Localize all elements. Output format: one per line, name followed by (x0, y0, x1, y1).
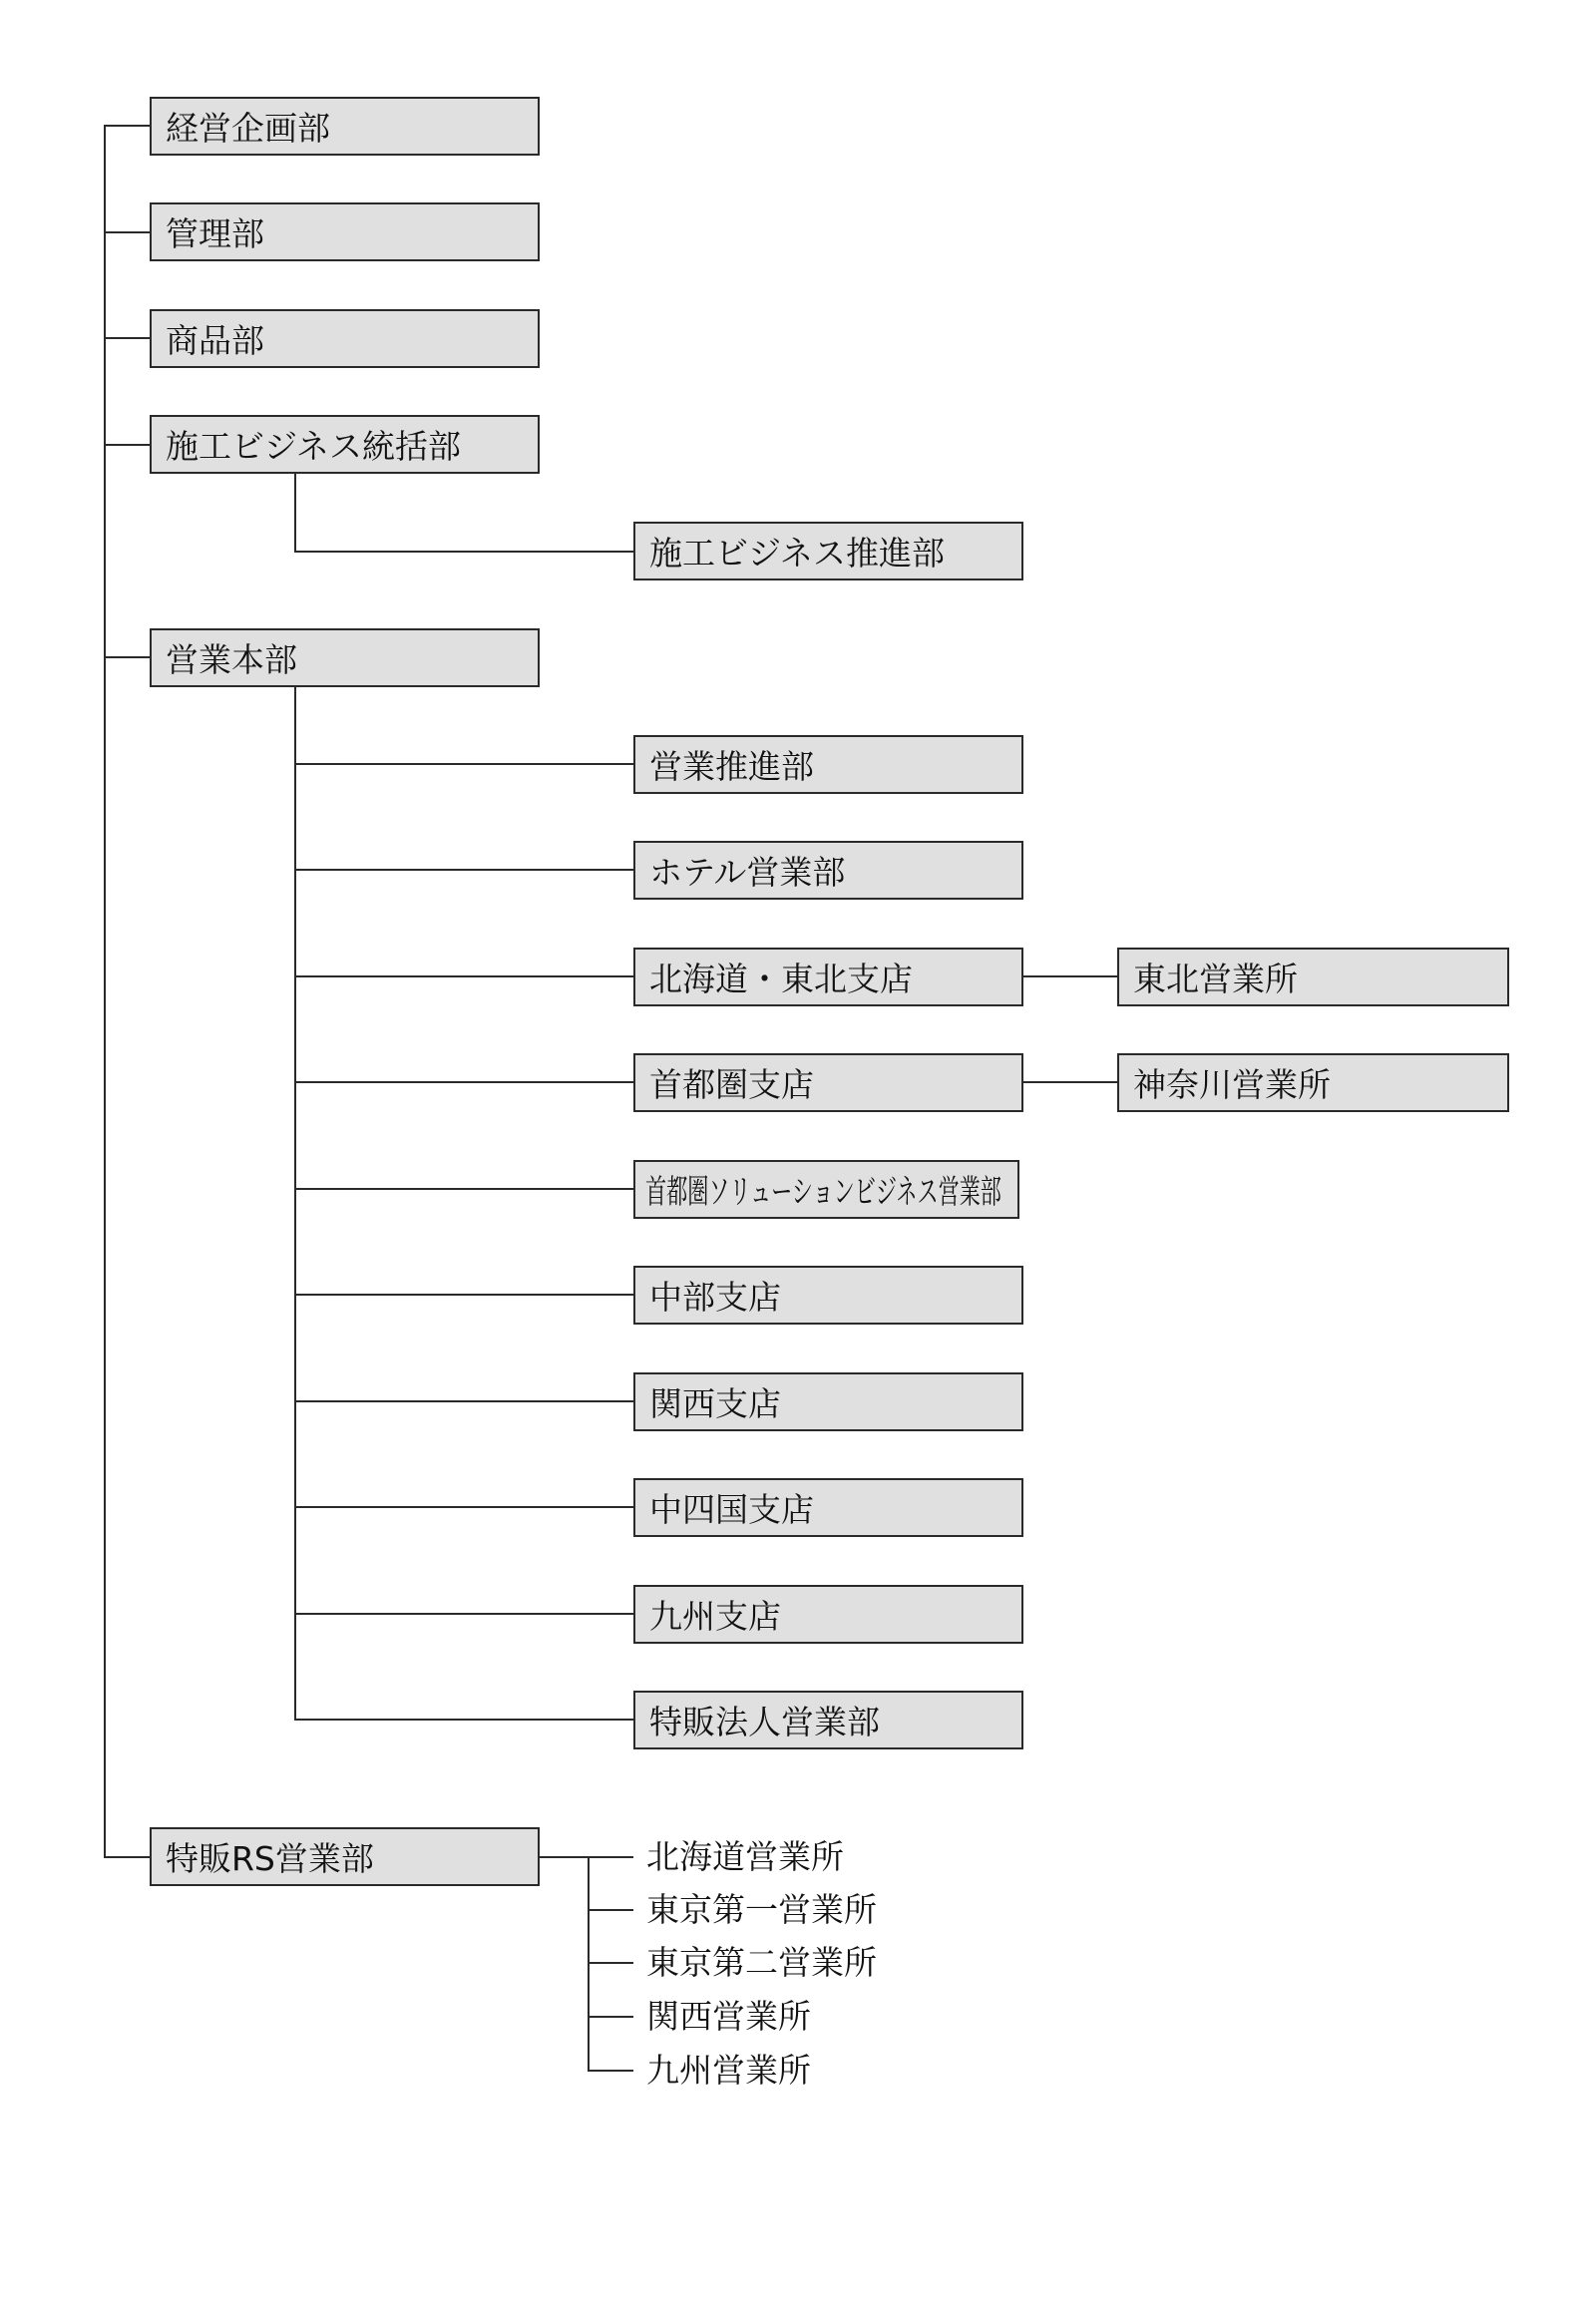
branch-chushikoku: 中四国支店 (633, 1478, 1023, 1537)
office-tokyo-second: 東京第二営業所 (646, 1946, 877, 1979)
office-kanagawa: 神奈川営業所 (1117, 1053, 1509, 1112)
dept-label: 経営企画部 (166, 103, 330, 150)
dept-label: 特販RS営業部 (166, 1833, 374, 1880)
connector (294, 1613, 633, 1615)
connector (294, 474, 296, 553)
dept-label: 首都圏支店 (649, 1059, 814, 1106)
office-kansai: 関西営業所 (646, 2000, 811, 2033)
connector (294, 763, 633, 765)
dept-corporate-planning: 経営企画部 (150, 97, 540, 156)
dept-label: 営業推進部 (649, 741, 814, 788)
dept-label: 施工ビジネス推進部 (649, 528, 945, 575)
dept-products: 商品部 (150, 309, 540, 368)
dept-label: 関西支店 (649, 1378, 781, 1425)
dept-construction-business-promotion: 施工ビジネス推進部 (633, 522, 1023, 580)
branch-chubu: 中部支店 (633, 1266, 1023, 1325)
dept-label: 特販法人営業部 (649, 1697, 880, 1743)
office-kyushu: 九州営業所 (646, 2054, 811, 2087)
dept-label: 東北営業所 (1133, 954, 1298, 1000)
dept-metropolitan-solution-business-sales: 首都圏ソリューションビジネス営業部 (633, 1160, 1019, 1219)
connector (1021, 1081, 1117, 1083)
dept-sales-hq: 営業本部 (150, 628, 540, 687)
dept-label: 管理部 (166, 208, 264, 255)
connector (588, 1856, 590, 2072)
connector (104, 656, 150, 658)
branch-kansai: 関西支店 (633, 1372, 1023, 1431)
connector (294, 687, 296, 1721)
connector (588, 2070, 633, 2072)
branch-hokkaido-tohoku: 北海道・東北支店 (633, 948, 1023, 1006)
dept-label: ホテル営業部 (649, 847, 845, 894)
connector (104, 125, 150, 127)
trunk-line (104, 125, 106, 1857)
connector (588, 1962, 633, 1964)
connector (294, 1294, 633, 1296)
connector (294, 869, 633, 871)
connector (294, 1188, 633, 1190)
dept-label: 北海道・東北支店 (649, 954, 913, 1000)
office-tokyo-first: 東京第一営業所 (646, 1893, 877, 1926)
connector (588, 1909, 633, 1911)
office-tohoku: 東北営業所 (1117, 948, 1509, 1006)
dept-construction-business-hq: 施工ビジネス統括部 (150, 415, 540, 474)
branch-metropolitan: 首都圏支店 (633, 1053, 1023, 1112)
connector (294, 975, 633, 977)
connector (294, 1400, 633, 1402)
connector (104, 444, 150, 446)
connector (538, 1856, 633, 1858)
office-hokkaido: 北海道営業所 (646, 1840, 844, 1873)
dept-special-corporate-sales: 特販法人営業部 (633, 1691, 1023, 1749)
dept-label: 首都圏ソリューションビジネス営業部 (645, 1166, 1001, 1213)
dept-label: 九州支店 (649, 1591, 781, 1638)
dept-label: 神奈川営業所 (1133, 1059, 1331, 1106)
connector (588, 2016, 633, 2018)
dept-label: 商品部 (166, 315, 264, 362)
connector (1021, 975, 1117, 977)
connector (294, 1719, 633, 1721)
dept-hotel-sales: ホテル営業部 (633, 841, 1023, 900)
dept-label: 中四国支店 (649, 1484, 814, 1531)
dept-label: 施工ビジネス統括部 (166, 421, 461, 468)
connector (104, 337, 150, 339)
dept-administration: 管理部 (150, 202, 540, 261)
dept-label: 中部支店 (649, 1272, 781, 1319)
connector (104, 231, 150, 233)
connector (294, 551, 633, 553)
dept-label: 営業本部 (166, 634, 297, 681)
connector (104, 1856, 150, 1858)
connector (294, 1081, 633, 1083)
connector (294, 1506, 633, 1508)
dept-sales-promotion: 営業推進部 (633, 735, 1023, 794)
dept-special-sales-rs: 特販RS営業部 (150, 1827, 540, 1886)
branch-kyushu: 九州支店 (633, 1585, 1023, 1644)
